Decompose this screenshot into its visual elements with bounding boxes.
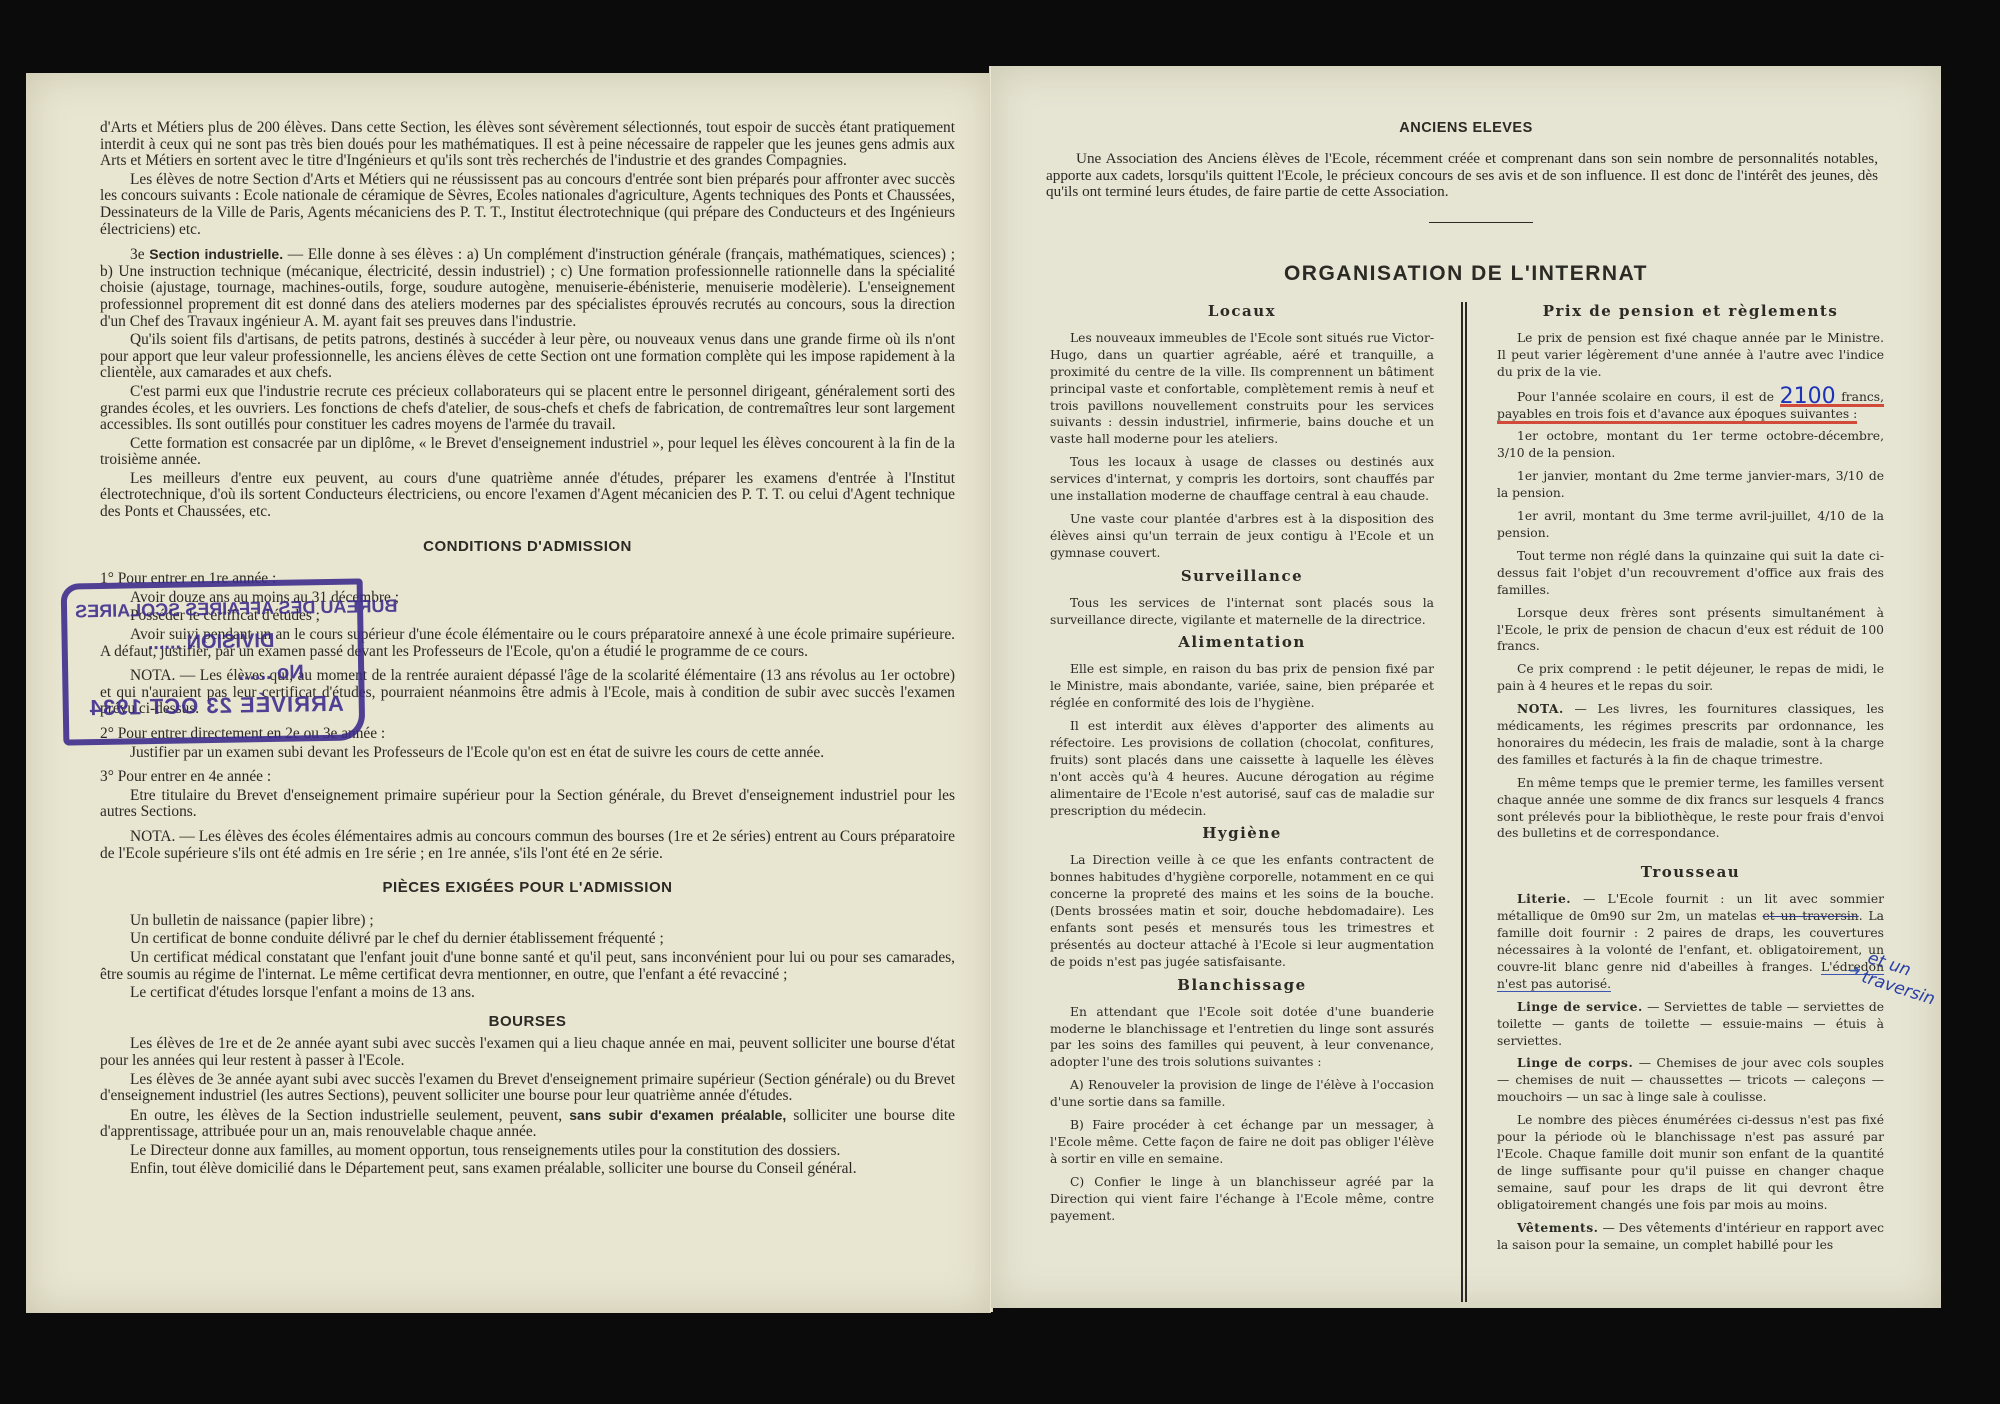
literie-paragraph: Literie. — L'Ecole fournit : un lit avec… [1497, 891, 1884, 992]
paragraph: Tout terme non réglé dans la quinzaine q… [1497, 548, 1884, 599]
paragraph: Ce prix comprend : le petit déjeuner, le… [1497, 661, 1884, 695]
linge-service-label: Linge de service. [1517, 999, 1643, 1014]
conditions-heading: CONDITIONS D'ADMISSION [100, 539, 955, 556]
left-page: d'Arts et Métiers plus de 200 élèves. Da… [26, 73, 991, 1313]
locaux-heading: Locaux [1050, 303, 1434, 320]
price-paragraph: Pour l'année scolaire en cours, il est d… [1497, 387, 1884, 423]
anciens-eleves-heading: ANCIENS ELEVES [991, 120, 1941, 136]
pieces-heading: PIÈCES EXIGÉES POUR L'ADMISSION [100, 880, 955, 897]
condition-item-2-text: Justifier par un examen subi devant les … [100, 745, 955, 762]
alimentation-heading: Alimentation [1050, 634, 1434, 651]
anciens-eleves-text: Une Association des Anciens élèves de l'… [1046, 151, 1878, 201]
paragraph: Le prix de pension est fixé chaque année… [1497, 330, 1884, 381]
literie-label: Literie. [1517, 891, 1571, 906]
internat-heading: ORGANISATION DE L'INTERNAT [991, 262, 1941, 286]
paragraph: C'est parmi eux que l'industrie recrute … [100, 384, 955, 434]
stamp-line: No ...... [238, 661, 304, 685]
section-number: 3e [130, 246, 145, 263]
stamp-line: DIVISION ...... [147, 630, 274, 655]
struck-text: et un traversin [1763, 909, 1859, 923]
condition-item-3-title: 3° Pour entrer en 4e année : [100, 769, 955, 786]
paragraph: En attendant que l'Ecole soit dotée d'un… [1050, 1004, 1434, 1072]
paragraph: Le nombre des pièces énumérées ci-dessus… [1497, 1112, 1884, 1213]
prix-heading: Prix de pension et règlements [1497, 303, 1884, 320]
section-industrielle-title: Section industrielle. [149, 246, 283, 262]
received-stamp: BUREAU DES AFFAIRES SCOLAIRES DIVISION .… [61, 578, 366, 745]
column-double-rule [1461, 302, 1467, 1302]
paragraph: Il est interdit aux élèves d'apporter de… [1050, 718, 1434, 819]
paragraph: Les élèves de 3e année ayant subi avec s… [100, 1072, 955, 1105]
trousseau-heading: Trousseau [1497, 864, 1884, 881]
condition-item-3-text: Etre titulaire du Brevet d'enseignement … [100, 788, 955, 821]
stamp-line: BUREAU DES AFFAIRES SCOLAIRES [75, 596, 398, 623]
vetements-paragraph: Vêtements. — Des vêtements d'intérieur e… [1497, 1220, 1884, 1254]
paragraph: Tous les services de l'internat sont pla… [1050, 595, 1434, 629]
linge-service-paragraph: Linge de service. — Serviettes de table … [1497, 999, 1884, 1050]
option-a: A) Renouveler la provision de linge de l… [1050, 1077, 1434, 1111]
paragraph: Les élèves de 1re et de 2e année ayant s… [100, 1036, 955, 1069]
paragraph: d'Arts et Métiers plus de 200 élèves. Da… [100, 120, 955, 170]
surveillance-heading: Surveillance [1050, 568, 1434, 585]
paragraph: Le Directeur donne aux familles, au mome… [100, 1143, 955, 1160]
option-b: B) Faire procéder à cet échange par un m… [1050, 1117, 1434, 1168]
stamp-date: ARRIVÉE 23 OCT 1934 [89, 691, 344, 721]
linge-corps-paragraph: Linge de corps. — Chemises de jour avec … [1497, 1055, 1884, 1106]
paragraph: Qu'ils soient fils d'artisans, de petits… [100, 332, 955, 382]
paragraph: Cette formation est consacrée par un dip… [100, 436, 955, 469]
term-2: 1er janvier, montant du 2me terme janvie… [1497, 468, 1884, 502]
piece-item: Un certificat médical constatant que l'e… [100, 950, 955, 983]
option-c: C) Confier le linge à un blanchisseur ag… [1050, 1174, 1434, 1225]
piece-item: Le certificat d'études lorsque l'enfant … [100, 985, 955, 1002]
blanchissage-heading: Blanchissage [1050, 977, 1434, 994]
right-page: ANCIENS ELEVES Une Association des Ancie… [991, 66, 1941, 1308]
paragraph: Lorsque deux frères sont présents simult… [1497, 605, 1884, 656]
term-3: 1er avril, montant du 3me terme avril-ju… [1497, 508, 1884, 542]
paragraph: Les meilleurs d'entre eux peuvent, au co… [100, 471, 955, 521]
paragraph: La Direction veille à ce que les enfants… [1050, 852, 1434, 970]
nota-label: NOTA. [1517, 701, 1564, 716]
emphasis-text: sans subir d'examen préalable, [569, 1107, 786, 1123]
piece-item: Un certificat de bonne conduite délivré … [100, 931, 955, 948]
paragraph: Tous les locaux à usage de classes ou de… [1050, 454, 1434, 505]
handwritten-price: 2100 [1780, 384, 1836, 409]
nota-2: NOTA. — Les élèves des écoles élémentair… [100, 829, 955, 862]
paragraph: En même temps que le premier terme, les … [1497, 775, 1884, 843]
term-1: 1er octobre, montant du 1er terme octobr… [1497, 428, 1884, 462]
nota-paragraph: NOTA. — Les livres, les fournitures clas… [1497, 701, 1884, 769]
divider [1429, 222, 1533, 223]
section-industrielle-paragraph: 3e Section industrielle. — Elle donne à … [100, 246, 955, 330]
paragraph: Les élèves de notre Section d'Arts et Mé… [100, 172, 955, 238]
paragraph: Elle est simple, en raison du bas prix d… [1050, 661, 1434, 712]
paragraph: Une vaste cour plantée d'arbres est à la… [1050, 511, 1434, 562]
linge-corps-label: Linge de corps. [1517, 1055, 1633, 1070]
vetements-label: Vêtements. [1517, 1220, 1598, 1235]
paragraph: En outre, les élèves de la Section indus… [100, 1107, 955, 1141]
hygiene-heading: Hygiène [1050, 825, 1434, 842]
internat-column-right: Prix de pension et règlements Le prix de… [1497, 298, 1884, 1259]
paragraph: Enfin, tout élève domicilié dans le Dépa… [100, 1161, 955, 1178]
internat-column-left: Locaux Les nouveaux immeubles de l'Ecole… [1050, 298, 1434, 1231]
piece-item: Un bulletin de naissance (papier libre) … [100, 913, 955, 930]
paragraph: Les nouveaux immeubles de l'Ecole sont s… [1050, 330, 1434, 448]
handwritten-arrow-icon: ➜ [1849, 963, 1861, 980]
bourses-heading: BOURSES [100, 1014, 955, 1031]
